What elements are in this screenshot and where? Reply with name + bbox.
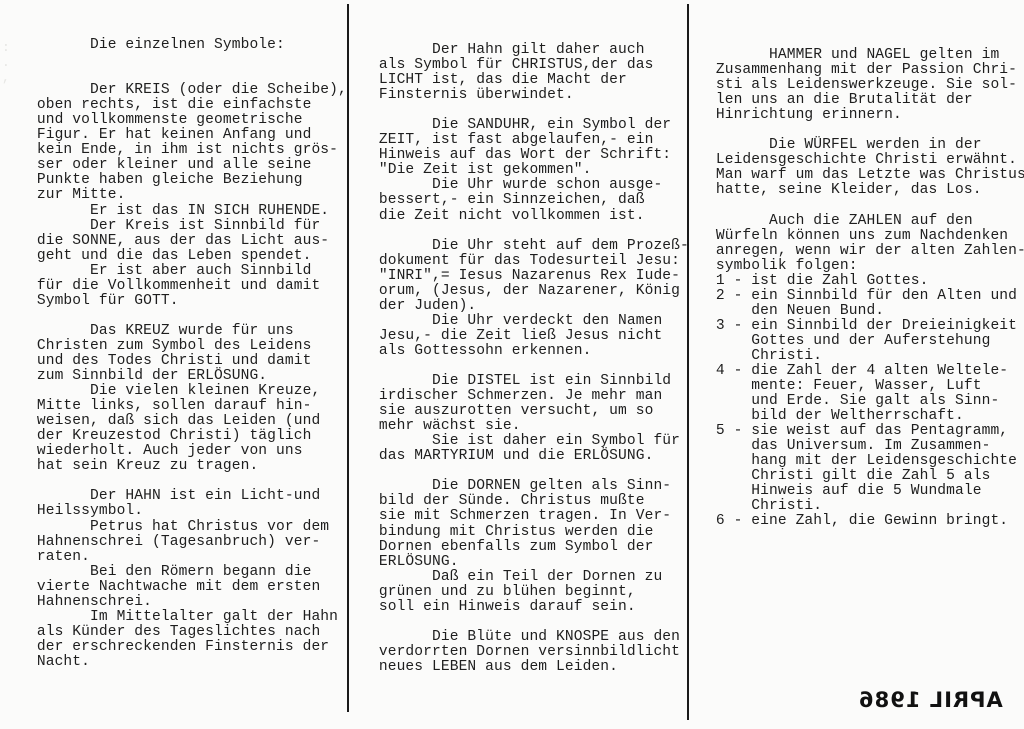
text-line: orum, (Jesus, der Nazarener, König [370, 284, 689, 299]
text-line: ZEIT, ist fast abgelaufen,- ein [370, 133, 689, 148]
text-line [28, 68, 347, 83]
text-line: Christen zum Symbol des Leidens [28, 339, 347, 354]
text-line: hatte, seine Kleider, das Los. [707, 183, 1024, 198]
text-line: Christi. [707, 349, 1024, 364]
text-line: Der Kreis ist Sinnbild für [28, 219, 347, 234]
text-line [370, 464, 689, 479]
text-line: Das KREUZ wurde für uns [28, 324, 347, 339]
text-line: Er ist das IN SICH RUHENDE. [28, 204, 347, 219]
handwritten-date-note: APRIL 1986 [858, 688, 1003, 712]
text-line: "Die Zeit ist gekommen". [370, 163, 689, 178]
text-column-left: Die einzelnen Symbole: Der KREIS (oder d… [28, 38, 347, 670]
text-line: Die Uhr verdeckt den Namen [370, 314, 689, 329]
text-line: zur Mitte. [28, 188, 347, 203]
text-line: die Zeit nicht vollkommen ist. [370, 209, 689, 224]
text-line: Finsternis überwindet. [370, 88, 689, 103]
text-line: mente: Feuer, Wasser, Luft [707, 379, 1024, 394]
text-line: als Künder des Tageslichtes nach [28, 625, 347, 640]
bleed-through-text: : . , [2, 40, 10, 85]
text-line: Sie ist daher ein Symbol für [370, 434, 689, 449]
text-line: Punkte haben gleiche Beziehung [28, 173, 347, 188]
text-line: Die SANDUHR, ein Symbol der [370, 118, 689, 133]
text-line: Die DORNEN gelten als Sinn- [370, 479, 689, 494]
text-line: den Neuen Bund. [707, 304, 1024, 319]
text-line [28, 53, 347, 68]
text-line: mehr wächst sie. [370, 419, 689, 434]
text-line: der Kreuzestod Christi) täglich [28, 429, 347, 444]
text-line: Der Hahn gilt daher auch [370, 43, 689, 58]
text-line: Figur. Er hat keinen Anfang und [28, 128, 347, 143]
text-line: Die vielen kleinen Kreuze, [28, 384, 347, 399]
text-line: anregen, wenn wir der alten Zahlen- [707, 244, 1024, 259]
text-line: Hahnenschrei (Tagesanbruch) ver- [28, 535, 347, 550]
text-line: Die Uhr steht auf dem Prozeß- [370, 239, 689, 254]
text-line: Die WÜRFEL werden in der [707, 138, 1024, 153]
text-line: wiederholt. Auch jeder von uns [28, 444, 347, 459]
text-line: das MARTYRIUM und die ERLÖSUNG. [370, 449, 689, 464]
text-line: symbolik folgen: [707, 259, 1024, 274]
text-line: geht und die das Leben spendet. [28, 249, 347, 264]
text-line: vierte Nachtwache mit dem ersten [28, 580, 347, 595]
text-line [28, 474, 347, 489]
text-line [28, 309, 347, 324]
text-line: Dornen ebenfalls zum Symbol der [370, 540, 689, 555]
text-line: Nacht. [28, 655, 347, 670]
text-line: das Universum. Im Zusammen- [707, 439, 1024, 454]
text-line [707, 198, 1024, 213]
text-line: Symbol für GOTT. [28, 294, 347, 309]
text-line: Daß ein Teil der Dornen zu [370, 570, 689, 585]
text-line: der Juden). [370, 299, 689, 314]
text-line: Christi. [707, 499, 1024, 514]
text-line [370, 359, 689, 374]
text-line: verdorrten Dornen versinnbildlicht [370, 645, 689, 660]
text-line: und vollkommenste geometrische [28, 113, 347, 128]
text-line: grünen und zu blühen beginnt, [370, 585, 689, 600]
text-line: raten. [28, 550, 347, 565]
text-line: weisen, daß sich das Leiden (und [28, 414, 347, 429]
text-line: Bei den Römern begann die [28, 565, 347, 580]
text-line: hang mit der Leidensgeschichte [707, 454, 1024, 469]
text-line [370, 103, 689, 118]
text-line: Die einzelnen Symbole: [28, 38, 347, 53]
text-line: Man warf um das Letzte was Christus [707, 168, 1024, 183]
text-line: zum Sinnbild der ERLÖSUNG. [28, 369, 347, 384]
text-line: Die DISTEL ist ein Sinnbild [370, 374, 689, 389]
text-column-right: HAMMER und NAGEL gelten im Zusammenhang … [707, 48, 1024, 530]
text-line: als Symbol für CHRISTUS,der das [370, 58, 689, 73]
text-line: kein Ende, in ihm ist nichts grös- [28, 143, 347, 158]
document-page: : . , Die einzelnen Symbole: Der KREIS (… [0, 0, 1024, 729]
text-line: Im Mittelalter galt der Hahn [28, 610, 347, 625]
column-divider-left [347, 4, 349, 712]
text-line: der erschreckenden Finsternis der [28, 640, 347, 655]
text-line: neues LEBEN aus dem Leiden. [370, 660, 689, 675]
text-line: ERLÖSUNG. [370, 555, 689, 570]
text-line: 6 - eine Zahl, die Gewinn bringt. [707, 514, 1024, 529]
text-column-middle: Der Hahn gilt daher auch als Symbol für … [370, 43, 689, 675]
text-line: sie mit Schmerzen tragen. In Ver- [370, 509, 689, 524]
text-line: sie auszurotten versucht, um so [370, 404, 689, 419]
text-line: bild der Weltherrschaft. [707, 409, 1024, 424]
text-line: soll ein Hinweis darauf sein. [370, 600, 689, 615]
text-line: HAMMER und NAGEL gelten im [707, 48, 1024, 63]
text-line: len uns an die Brutalität der [707, 93, 1024, 108]
text-line: Hahnenschrei. [28, 595, 347, 610]
text-line: irdischer Schmerzen. Je mehr man [370, 389, 689, 404]
text-line: 1 - ist die Zahl Gottes. [707, 274, 1024, 289]
text-line: 5 - sie weist auf das Pentagramm, [707, 424, 1024, 439]
text-line [370, 224, 689, 239]
text-line: Würfeln können uns zum Nachdenken [707, 229, 1024, 244]
text-line: die SONNE, aus der das Licht aus- [28, 234, 347, 249]
text-line: bessert,- ein Sinnzeichen, daß [370, 193, 689, 208]
text-line: Die Blüte und KNOSPE aus den [370, 630, 689, 645]
text-line: oben rechts, ist die einfachste [28, 98, 347, 113]
text-line: "INRI",= Iesus Nazarenus Rex Iude- [370, 269, 689, 284]
text-line: sti als Leidenswerkzeuge. Sie sol- [707, 78, 1024, 93]
text-line: 4 - die Zahl der 4 alten Weltele- [707, 364, 1024, 379]
text-line: Petrus hat Christus vor dem [28, 520, 347, 535]
text-line: und Erde. Sie galt als Sinn- [707, 394, 1024, 409]
text-line: 2 - ein Sinnbild für den Alten und [707, 289, 1024, 304]
text-line: Hinweis auf das Wort der Schrift: [370, 148, 689, 163]
text-line: Hinrichtung erinnern. [707, 108, 1024, 123]
text-line: Gottes und der Auferstehung [707, 334, 1024, 349]
text-line: Er ist aber auch Sinnbild [28, 264, 347, 279]
text-line: Zusammenhang mit der Passion Chri- [707, 63, 1024, 78]
text-line: bindung mit Christus werden die [370, 525, 689, 540]
text-line: für die Vollkommenheit und damit [28, 279, 347, 294]
text-line: Hinweis auf die 5 Wundmale [707, 484, 1024, 499]
text-line: Auch die ZAHLEN auf den [707, 214, 1024, 229]
text-line: Leidensgeschichte Christi erwähnt. [707, 153, 1024, 168]
text-line: bild der Sünde. Christus mußte [370, 494, 689, 509]
text-line: Christi gilt die Zahl 5 als [707, 469, 1024, 484]
text-line: 3 - ein Sinnbild der Dreieinigkeit [707, 319, 1024, 334]
text-line: Der KREIS (oder die Scheibe), [28, 83, 347, 98]
text-line: Jesu,- die Zeit ließ Jesus nicht [370, 329, 689, 344]
text-line: Heilssymbol. [28, 504, 347, 519]
text-line: ser oder kleiner und alle seine [28, 158, 347, 173]
text-line: hat sein Kreuz zu tragen. [28, 459, 347, 474]
text-line [370, 615, 689, 630]
text-line: Die Uhr wurde schon ausge- [370, 178, 689, 193]
text-line: Mitte links, sollen darauf hin- [28, 399, 347, 414]
text-line: dokument für das Todesurteil Jesu: [370, 254, 689, 269]
text-line: als Gottessohn erkennen. [370, 344, 689, 359]
text-line: und des Todes Christi und damit [28, 354, 347, 369]
text-line: Der HAHN ist ein Licht-und [28, 489, 347, 504]
text-line: LICHT ist, das die Macht der [370, 73, 689, 88]
